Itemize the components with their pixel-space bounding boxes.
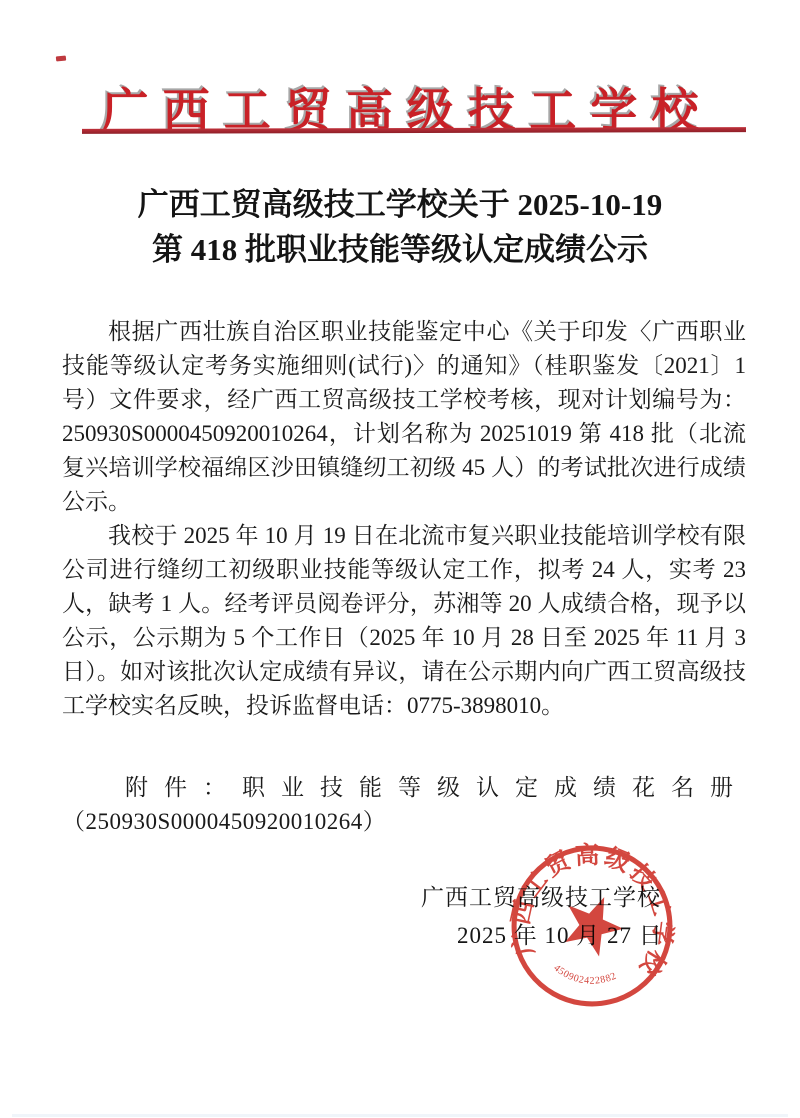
attachment-plan-number: （250930S0000450920010264） [62, 805, 752, 839]
attachment-block: 附件：职业技能等级认定成绩花名册 （250930S000045092001026… [62, 771, 752, 839]
scan-artifact-mark [56, 55, 66, 61]
document-title-line1: 广西工贸高级技工学校关于 2025-10-19 [0, 182, 800, 227]
body-paragraph-2: 我校于 2025 年 10 月 19 日在北流市复兴职业技能培训学校有限公司进行… [62, 519, 746, 723]
official-seal: 广西工贸高级技工学校 4509024228828 [495, 829, 689, 1023]
attachment-title: 附件：职业技能等级认定成绩花名册 [62, 771, 752, 805]
document-body: 根据广西壮族自治区职业技能鉴定中心《关于印发〈广西职业技能等级认定考务实施细则(… [62, 315, 746, 723]
document-title-line2: 第 418 批职业技能等级认定成绩公示 [0, 227, 800, 272]
body-paragraph-1: 根据广西壮族自治区职业技能鉴定中心《关于印发〈广西职业技能等级认定考务实施细则(… [62, 315, 746, 519]
document-title: 广西工贸高级技工学校关于 2025-10-19 第 418 批职业技能等级认定成… [0, 182, 800, 272]
seal-ring-text: 广西工贸高级技工学校 [502, 829, 687, 984]
seal-star-icon [562, 892, 627, 959]
document-page: 广西工贸高级技工学校 广西工贸高级技工学校关于 2025-10-19 第 418… [0, 0, 800, 1118]
scan-bottom-edge [12, 1114, 788, 1117]
